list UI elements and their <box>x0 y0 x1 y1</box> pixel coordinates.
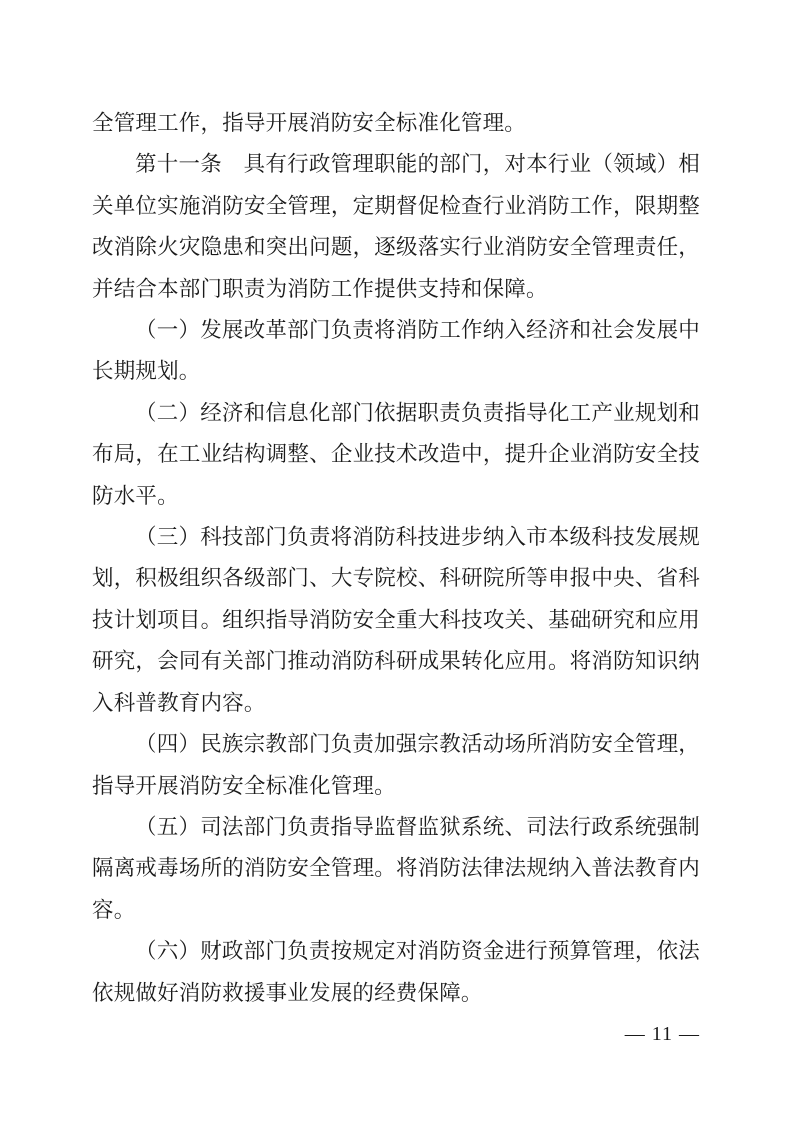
text-line: 研究，会同有关部门推动消防科研成果转化应用。将消防知识纳 <box>92 641 700 682</box>
text-line: 防水平。 <box>92 476 700 517</box>
text-line: （一）发展改革部门负责将消防工作纳入经济和社会发展中 <box>92 310 700 351</box>
text-line: （六）财政部门负责按规定对消防资金进行预算管理，依法 <box>92 931 700 972</box>
text-line: 第十一条 具有行政管理职能的部门，对本行业（领域）相 <box>92 144 700 185</box>
text-line: 隔离戒毒场所的消防安全管理。将消防法律法规纳入普法教育内 <box>92 848 700 889</box>
text-block: 全管理工作，指导开展消防安全标准化管理。 第十一条 具有行政管理职能的部门，对本… <box>92 103 700 1055</box>
text-line: 改消除火灾隐患和突出问题，逐级落实行业消防安全管理责任， <box>92 227 700 268</box>
text-line: 技计划项目。组织指导消防安全重大科技攻关、基础研究和应用 <box>92 600 700 641</box>
text-line: 长期规划。 <box>92 351 700 392</box>
text-line: 容。 <box>92 890 700 931</box>
page-number: — 11 — <box>92 1014 700 1055</box>
text-line: 关单位实施消防安全管理，定期督促检查行业消防工作，限期整 <box>92 186 700 227</box>
text-line: 布局，在工业结构调整、企业技术改造中，提升企业消防安全技 <box>92 434 700 475</box>
text-line: 依规做好消防救援事业发展的经费保障。 <box>92 973 700 1014</box>
text-line: （四）民族宗教部门负责加强宗教活动场所消防安全管理， <box>92 724 700 765</box>
text-line: 划，积极组织各级部门、大专院校、科研院所等申报中央、省科 <box>92 558 700 599</box>
text-line: （五）司法部门负责指导监督监狱系统、司法行政系统强制 <box>92 807 700 848</box>
text-line: （二）经济和信息化部门依据职责负责指导化工产业规划和 <box>92 393 700 434</box>
text-line: 并结合本部门职责为消防工作提供支持和保障。 <box>92 269 700 310</box>
text-line: 指导开展消防安全标准化管理。 <box>92 766 700 807</box>
text-line: （三）科技部门负责将消防科技进步纳入市本级科技发展规 <box>92 517 700 558</box>
document-page: 全管理工作，指导开展消防安全标准化管理。 第十一条 具有行政管理职能的部门，对本… <box>0 0 793 1122</box>
text-line: 入科普教育内容。 <box>92 683 700 724</box>
text-line: 全管理工作，指导开展消防安全标准化管理。 <box>92 103 700 144</box>
